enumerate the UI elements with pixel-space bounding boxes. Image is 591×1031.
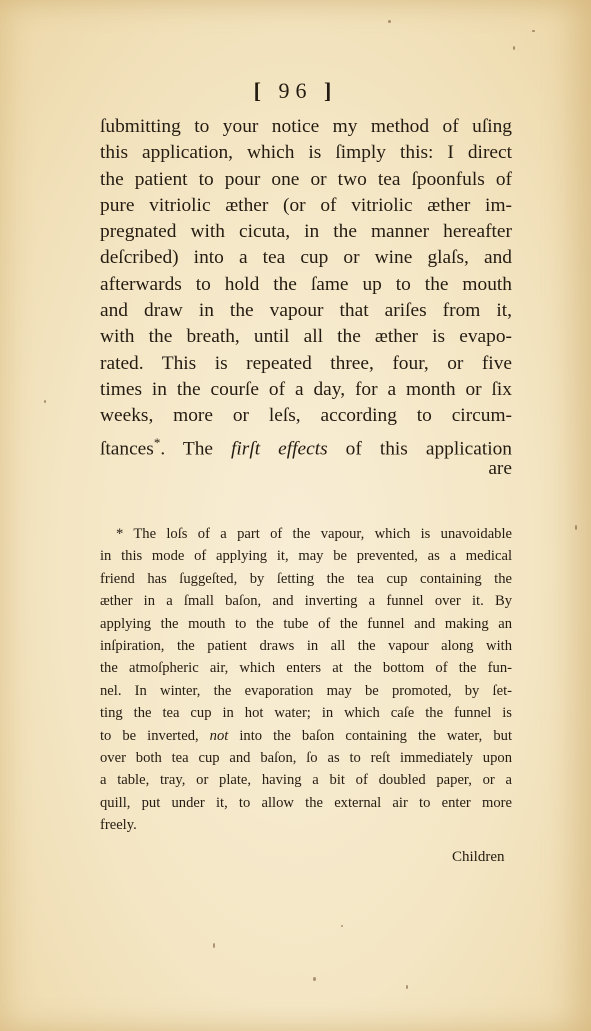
footnote: * The loſs of a part of the vapour, whic… [100,523,512,836]
footnote-line: applying the mouth to the tube of the fu… [100,613,512,635]
body-line: with the breath, until all the æther is … [100,324,512,350]
page-number: 96 [279,78,313,103]
paper-speck [341,925,343,927]
text-segment: of this application [328,438,512,459]
paper-speck [388,20,391,23]
footnote-line: the atmoſpheric air, which enters at the… [100,657,512,679]
bracket-close: ] [324,78,337,103]
paper-speck [513,46,515,50]
body-line: and draw in the vapour that ariſes from … [100,298,512,324]
body-line: pure vitriolic æther (or of vitriolic æt… [100,193,512,219]
body-line: this application, which is ſimply this: … [100,140,512,166]
footnote-line: inſpiration, the patient draws in all th… [100,635,512,657]
footnote-line-with-italic: to be inverted, not into the baſon conta… [100,725,512,747]
body-line: weeks, more or leſs, according to circum… [100,403,512,429]
paper-speck [44,400,46,403]
footnote-line: * The loſs of a part of the vapour, whic… [100,523,512,545]
paper-speck [313,977,316,981]
body-line: pregnated with cicuta, in the manner her… [100,219,512,245]
footnote-line: in this mode of applying it, may be prev… [100,545,512,567]
footnote-line: over both tea cup and baſon, ſo as to re… [100,747,512,769]
text-segment: into the baſon containing the water, but [228,728,512,744]
body-line: afterwards to hold the ſame up to the mo… [100,272,512,298]
catchword: Children [452,849,505,866]
body-text: ſubmitting to your notice my method of u… [100,114,512,482]
body-line: times in the courſe of a day, for a mont… [100,377,512,403]
footnote-line: æther in a ſmall baſon, and inverting a … [100,590,512,612]
footnote-line: ting the tea cup in hot water; in which … [100,702,512,724]
body-line: ſubmitting to your notice my method of u… [100,114,512,140]
italic-emphasis: firſt effects [231,438,328,459]
body-line-with-footnote-ref: ſtances*. The firſt effects of this appl… [100,430,512,456]
paper-speck [213,943,215,948]
footnote-line: freely. [100,814,512,836]
book-page: [ 96 ] ſubmitting to your notice my meth… [0,0,591,1031]
bracket-open: [ [254,78,267,103]
body-line: deſcribed) into a tea cup or wine glaſs,… [100,245,512,271]
footnote-line: quill, put under it, to allow the extern… [100,792,512,814]
paper-speck [406,985,408,989]
text-segment: . The [160,438,231,459]
body-line: the patient to pour one or two tea ſpoon… [100,167,512,193]
paper-speck [532,30,535,32]
text-segment: to be inverted, [100,728,210,744]
footnote-line: friend has ſuggeſted, by ſetting the tea… [100,568,512,590]
body-line: rated. This is repeated three, four, or … [100,351,512,377]
paper-speck [575,525,577,530]
continuation-word: are [100,456,512,482]
footnote-line: a table, tray, or plate, having a bit of… [100,769,512,791]
italic-emphasis: not [210,728,229,744]
text-segment: ſtances [100,438,154,459]
page-number-header: [ 96 ] [0,78,591,104]
footnote-line: nel. In winter, the evaporation may be p… [100,680,512,702]
